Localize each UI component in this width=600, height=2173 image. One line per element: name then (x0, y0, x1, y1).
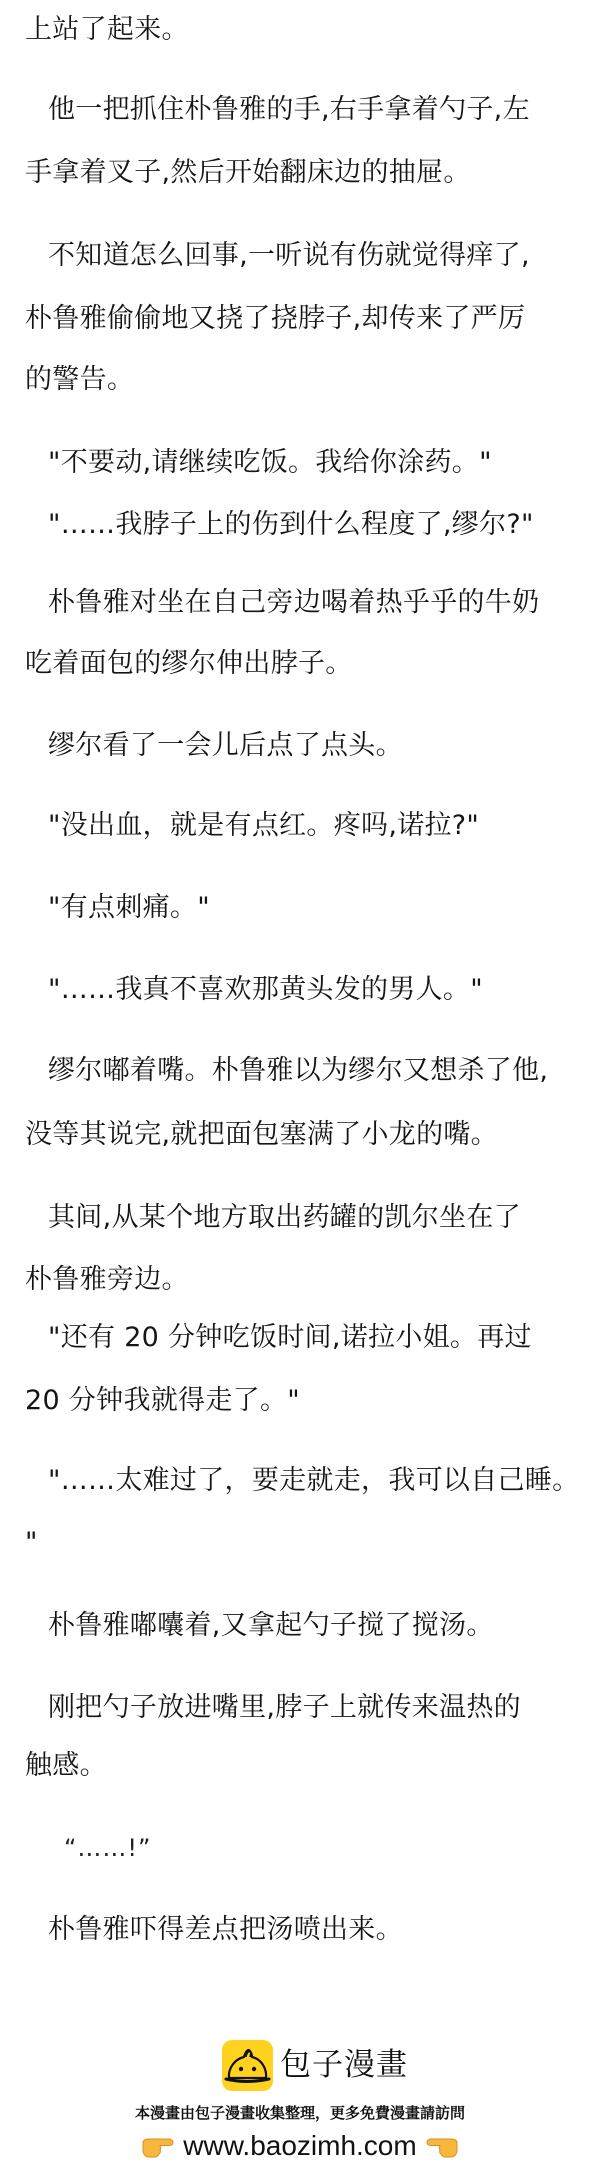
pointing-left-hand-icon (425, 2134, 459, 2158)
story-line: 他一把抓住朴鲁雅的手,右手拿着勺子,左 (48, 95, 530, 125)
story-line: 吃着面包的缪尔伸出脖子。 (25, 649, 353, 679)
story-line: "还有 20 分钟吃饭时间,诺拉小姐。再过 (48, 1323, 532, 1353)
story-line: 触感。 (25, 1751, 107, 1781)
baozi-logo-icon (222, 2040, 273, 2091)
story-line: "……太难过了，要走就走，我可以自己睡。 (48, 1466, 579, 1496)
story-line: 朴鲁雅嘟囔着,又拿起勺子搅了搅汤。 (48, 1611, 494, 1641)
story-line: 不知道怎么回事,一听说有伤就觉得痒了, (48, 241, 530, 271)
story-line: 没等其说完,就把面包塞满了小龙的嘴。 (25, 1120, 498, 1150)
story-line: 其间,从某个地方取出药罐的凯尔坐在了 (48, 1203, 521, 1233)
story-line: "……我真不喜欢那黄头发的男人。" (48, 975, 483, 1005)
story-line: "没出血，就是有点红。疼吗,诺拉?" (48, 811, 479, 841)
story-line: 朴鲁雅偷偷地又挠了挠脖子,却传来了严厉 (25, 304, 525, 334)
story-line: 手拿着叉子,然后开始翻床边的抽屉。 (25, 158, 471, 188)
story-line: 缪尔嘟着嘴。朴鲁雅以为缪尔又想杀了他, (48, 1056, 548, 1086)
story-line: 上站了起来。 (25, 15, 189, 45)
story-line: 刚把勺子放进嘴里,脖子上就传来温热的 (48, 1693, 521, 1723)
story-line: 缪尔看了一会儿后点了点头。 (48, 731, 403, 761)
story-line: 朴鲁雅吓得差点把汤喷出来。 (48, 1915, 403, 1945)
story-line: “……!” (64, 1833, 152, 1863)
footer-url-row: www.baozimh.com (0, 2128, 600, 2163)
brand-title: 包子漫畫 (280, 2047, 408, 2083)
story-line: " (25, 1528, 38, 1558)
story-line: 朴鲁雅旁边。 (25, 1265, 189, 1295)
footer-note: 本漫畫由包子漫畫收集整理，更多免費漫畫請訪問 (0, 2103, 600, 2123)
story-line: 的警告。 (25, 365, 134, 395)
story-line: "……我脖子上的伤到什么程度了,缪尔?" (48, 510, 534, 540)
story-line: "有点刺痛。" (48, 893, 210, 923)
story-line: "不要动,请继续吃饭。我给你涂药。" (48, 448, 492, 478)
pointing-right-hand-icon (141, 2134, 175, 2158)
story-line: 朴鲁雅对坐在自己旁边喝着热乎乎的牛奶 (48, 588, 539, 618)
story-line: 20 分钟我就得走了。" (25, 1386, 300, 1416)
baozimh-link[interactable]: www.baozimh.com (183, 2130, 416, 2161)
